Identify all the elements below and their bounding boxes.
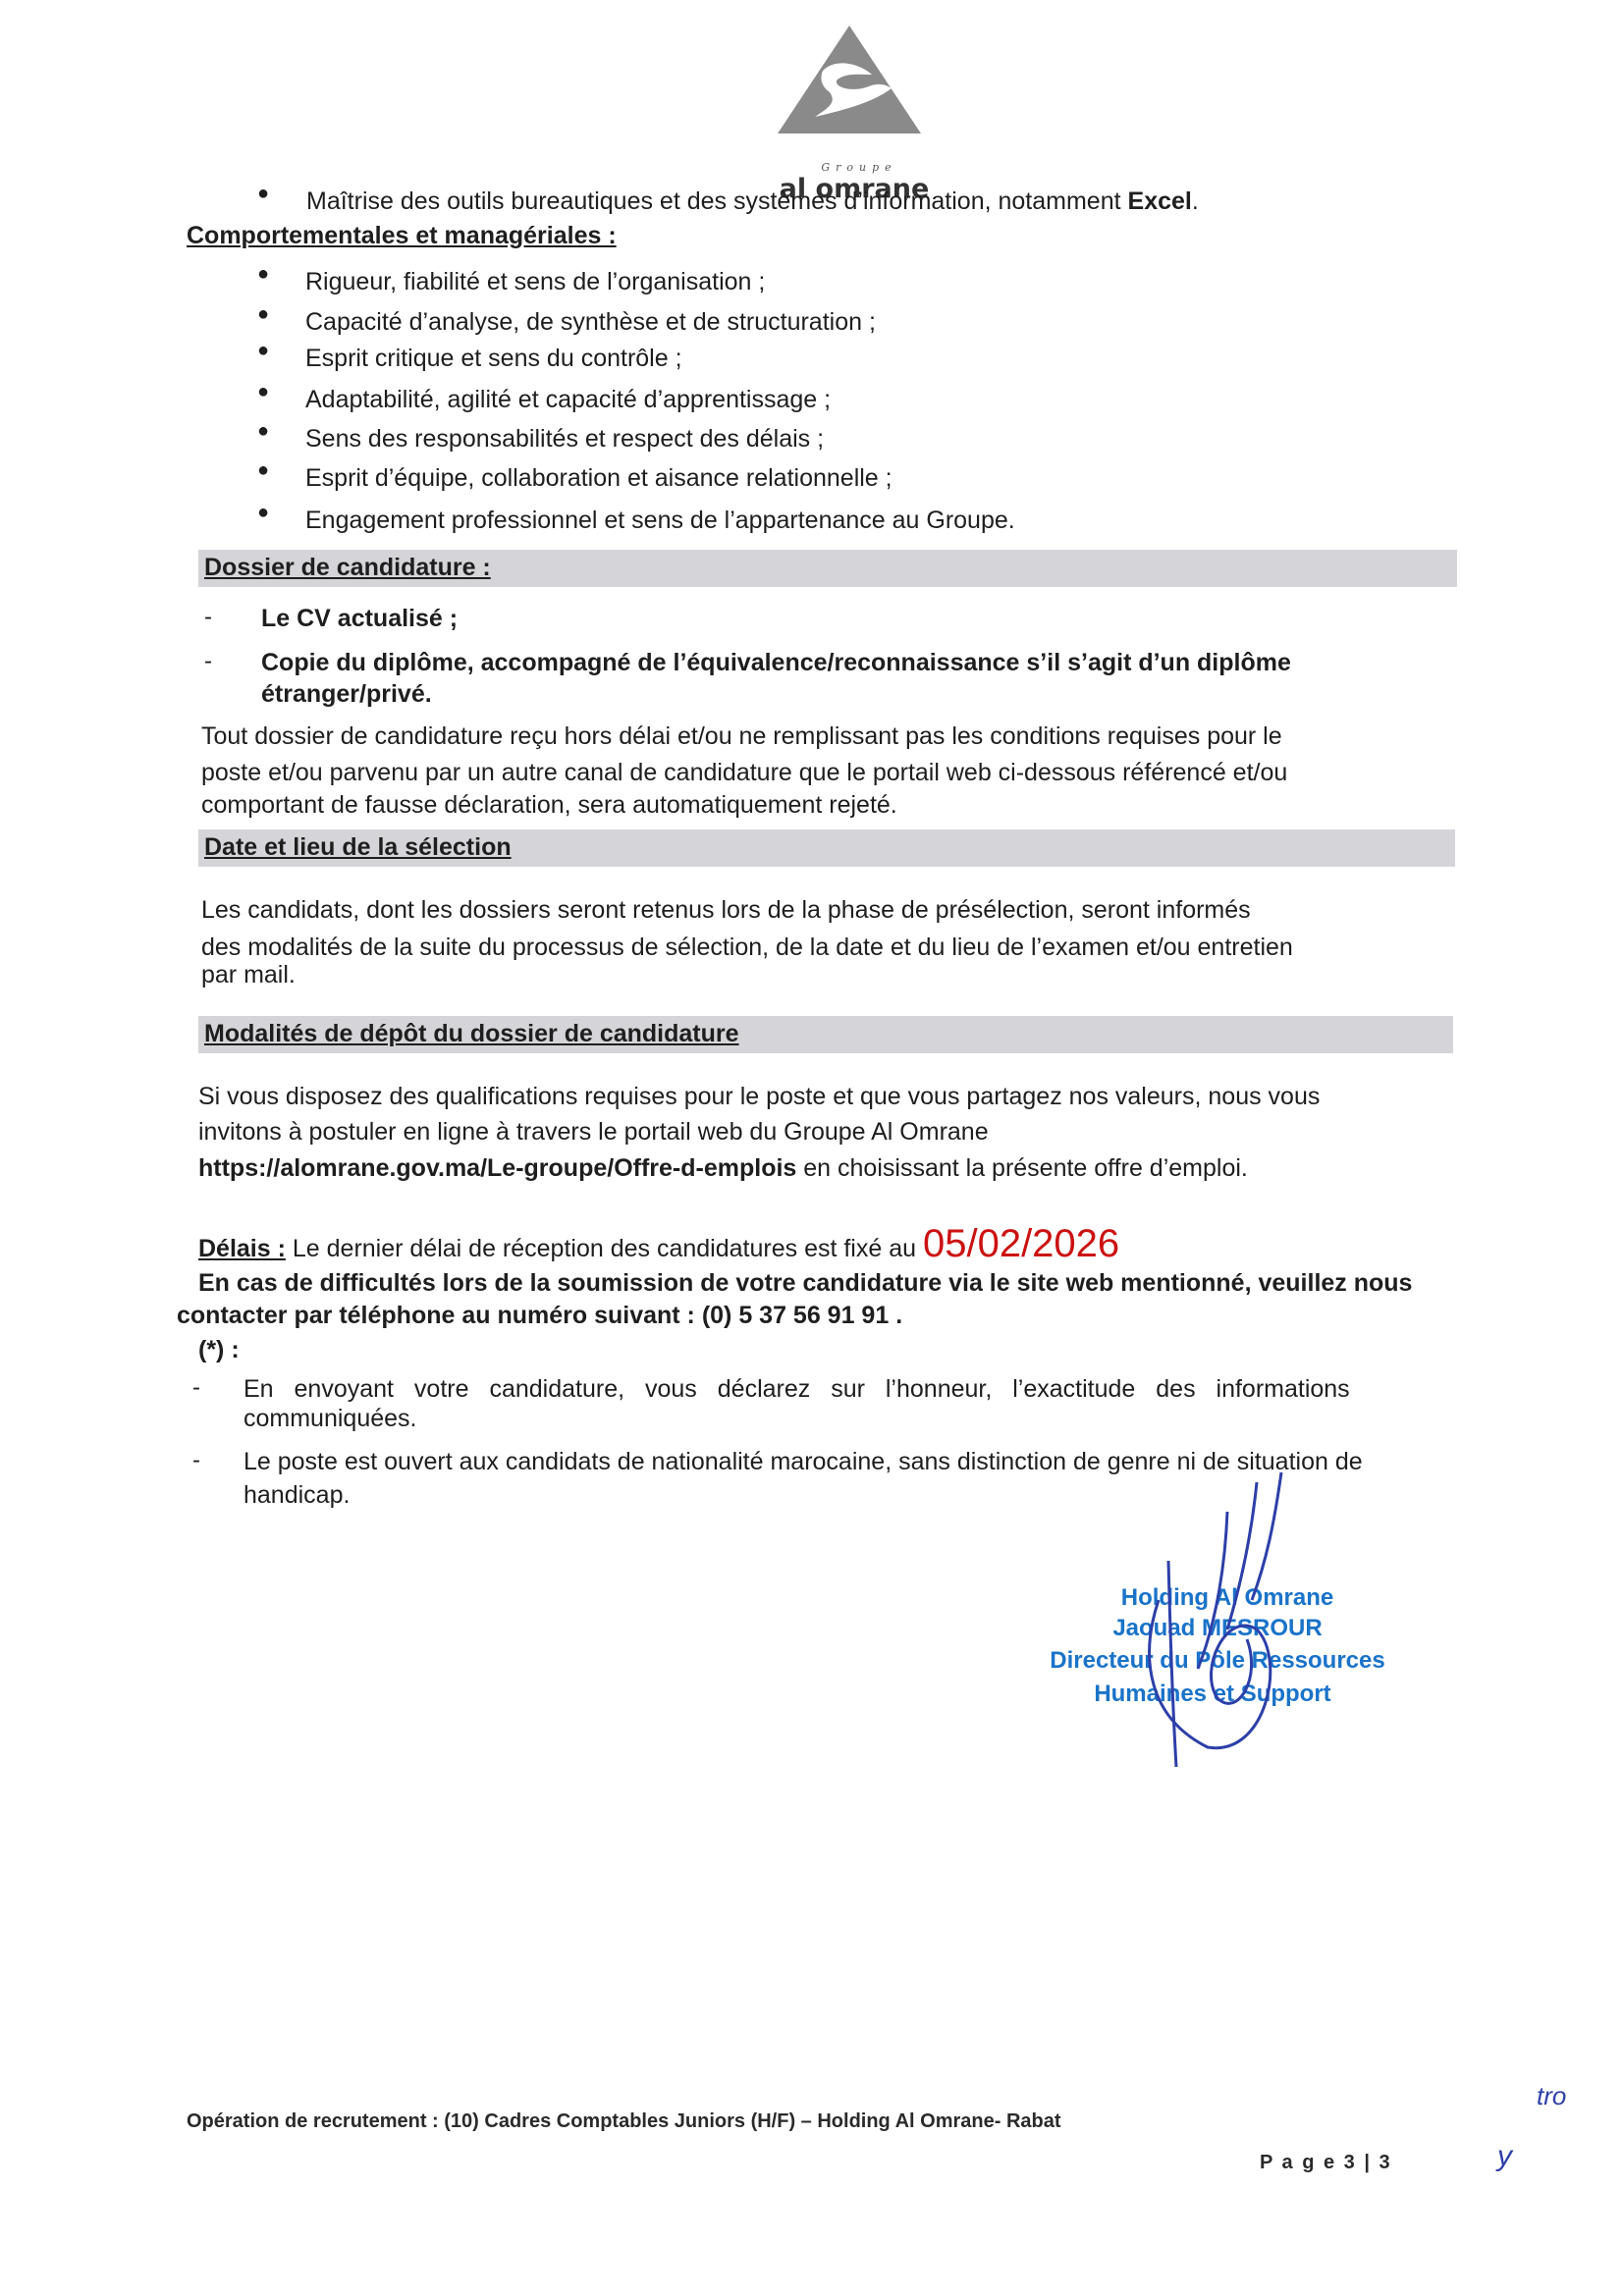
behavioral-item: Esprit d’équipe, collaboration et aisanc…	[305, 463, 893, 493]
selection-text: par mail.	[201, 960, 296, 989]
note-item-cont: handicap.	[243, 1480, 350, 1510]
contact-line: En cas de difficultés lors de la soumiss…	[198, 1268, 1412, 1298]
contact-line: contacter par téléphone au numéro suivan…	[177, 1301, 902, 1330]
bullet-icon: ●	[257, 459, 269, 482]
behavioral-item: Sens des responsabilités et respect des …	[305, 424, 824, 454]
section-band-modalites: Modalités de dépôt du dossier de candida…	[198, 1016, 1453, 1053]
dash-icon: -	[204, 604, 212, 631]
bullet-icon: ●	[257, 502, 269, 524]
triangle-logo-icon	[776, 24, 923, 161]
dossier-item-cont: étranger/privé.	[261, 679, 432, 709]
page-number: P a g e 3 | 3	[1260, 2152, 1392, 2174]
top-bullet-text: Maîtrise des outils bureautiques et des …	[306, 187, 1199, 216]
dash-icon: -	[204, 648, 212, 675]
bullet-icon: ●	[257, 183, 269, 205]
modalites-text: invitons à postuler en ligne à travers l…	[198, 1117, 989, 1147]
company-logo: Groupe al omrane	[776, 24, 923, 190]
dossier-notice: Tout dossier de candidature reçu hors dé…	[201, 721, 1282, 751]
dossier-notice: comportant de fausse déclaration, sera a…	[201, 790, 897, 820]
deadline-date: 05/02/2026	[923, 1222, 1119, 1265]
note-item-cont: communiquées.	[243, 1404, 416, 1433]
dash-icon: -	[192, 1447, 200, 1474]
logo-subtitle: Groupe	[776, 161, 943, 174]
dossier-item: Le CV actualisé ;	[261, 604, 458, 633]
bullet-icon: ●	[257, 420, 269, 443]
dossier-notice: poste et/ou parvenu par un autre canal d…	[201, 758, 1287, 787]
application-portal-link[interactable]: https://alomrane.gov.ma/Le-groupe/Offre-…	[198, 1154, 796, 1182]
selection-text: Les candidats, dont les dossiers seront …	[201, 895, 1251, 925]
handwritten-annotation: tro	[1537, 2081, 1566, 2111]
behavioral-item: Esprit critique et sens du contrôle ;	[305, 344, 682, 373]
note-item: En envoyant votre candidature, vous décl…	[243, 1374, 1350, 1404]
behavioral-item: Rigueur, fiabilité et sens de l’organisa…	[305, 267, 765, 296]
selection-title: Date et lieu de la sélection	[204, 833, 512, 862]
behavioral-item: Capacité d’analyse, de synthèse et de st…	[305, 307, 876, 337]
behavioral-title: Comportementales et managériales :	[187, 221, 617, 250]
behavioral-item: Engagement professionnel et sens de l’ap…	[305, 506, 1015, 535]
behavioral-item: Adaptabilité, agilité et capacité d’appr…	[305, 385, 831, 414]
dossier-item: Copie du diplôme, accompagné de l’équiva…	[261, 648, 1291, 677]
bullet-icon: ●	[257, 263, 269, 286]
handwritten-initials: y	[1497, 2140, 1512, 2173]
bullet-icon: ●	[257, 303, 269, 326]
signature	[1080, 1463, 1335, 1777]
modalites-link-line: https://alomrane.gov.ma/Le-groupe/Offre-…	[198, 1153, 1248, 1183]
section-band-dossier: Dossier de candidature :	[198, 550, 1457, 587]
modalites-title: Modalités de dépôt du dossier de candida…	[204, 1020, 739, 1048]
footer-operation: Opération de recrutement : (10) Cadres C…	[187, 2110, 1061, 2133]
deadline-line: Délais : Le dernier délai de réception d…	[198, 1222, 1119, 1270]
bullet-icon: ●	[257, 340, 269, 362]
notes-title: (*) :	[198, 1335, 240, 1364]
deadline-label: Délais :	[198, 1235, 286, 1262]
bullet-icon: ●	[257, 381, 269, 403]
dash-icon: -	[192, 1374, 200, 1402]
section-band-selection: Date et lieu de la sélection	[198, 829, 1455, 867]
selection-text: des modalités de la suite du processus d…	[201, 933, 1293, 962]
modalites-text: Si vous disposez des qualifications requ…	[198, 1082, 1320, 1111]
dossier-title: Dossier de candidature :	[204, 554, 491, 582]
